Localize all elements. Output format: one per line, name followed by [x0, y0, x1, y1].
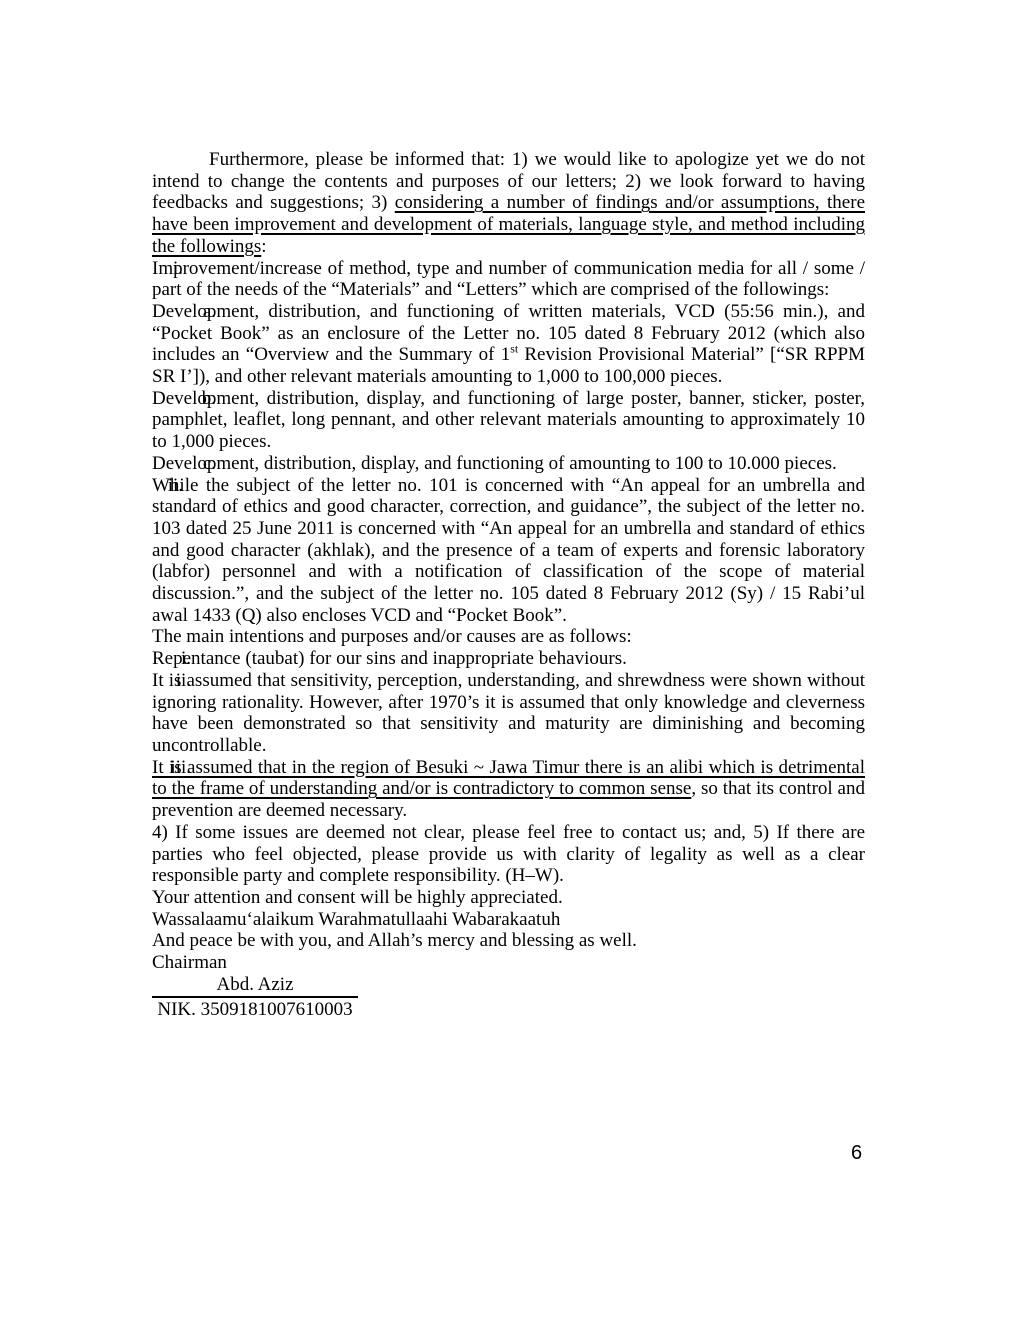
- intro-paragraph: Furthermore, please be informed that: 1)…: [152, 149, 865, 258]
- list-item-roman-ii-text: While the subject of the letter no. 101 …: [152, 475, 865, 626]
- letter-body: Furthermore, please be informed that: 1)…: [152, 149, 865, 1021]
- list-item-roman-ii: ii. While the subject of the letter no. …: [152, 475, 865, 627]
- list-marker-roman-i: i.: [152, 258, 183, 280]
- intention-item-ii-text: It is assumed that sensitivity, percepti…: [152, 670, 865, 756]
- intention-marker-i: i.: [157, 648, 191, 670]
- list-item-b: b. Development, distribution, display, a…: [152, 388, 865, 453]
- intentions-heading: The main intentions and purposes and/or …: [152, 626, 865, 648]
- closing-peace-text: And peace be with you, and Allah’s mercy…: [152, 930, 637, 951]
- intention-marker-iii: iii.: [157, 757, 191, 779]
- signature-title: Chairman: [152, 952, 227, 973]
- list-marker-c: c.: [196, 453, 216, 475]
- list-item-c-text: Development, distribution, display, and …: [152, 453, 837, 474]
- list-item-roman-i: i. Improvement/increase of method, type …: [152, 258, 865, 301]
- closing-salaam-text: Wassalaamu‘alaikum Warahmatullaahi Wabar…: [152, 909, 560, 930]
- list-marker-a: a.: [196, 301, 216, 323]
- list-item-b-text: Development, distribution, display, and …: [152, 388, 865, 452]
- closing-line-appreciation: Your attention and consent will be highl…: [152, 887, 865, 909]
- paragraph-points-4-5: 4) If some issues are deemed not clear, …: [152, 822, 865, 887]
- closing-appreciation-text: Your attention and consent will be highl…: [152, 887, 563, 908]
- list-marker-b: b.: [196, 388, 216, 410]
- closing-line-peace: And peace be with you, and Allah’s mercy…: [152, 930, 865, 952]
- ordinal-superscript: st: [510, 343, 518, 356]
- list-item-a: a. Development, distribution, and functi…: [152, 301, 865, 388]
- document-page: Furthermore, please be informed that: 1)…: [0, 0, 1020, 1320]
- page-number: 6: [851, 1142, 862, 1164]
- intention-item-iii: iii. It is assumed that in the region of…: [152, 757, 865, 822]
- intentions-heading-text: The main intentions and purposes and/or …: [152, 626, 632, 647]
- closing-line-salaam: Wassalaamu‘alaikum Warahmatullaahi Wabar…: [152, 909, 865, 931]
- list-item-roman-i-text: Improvement/increase of method, type and…: [152, 258, 865, 301]
- intention-item-i-text: Repentance (taubat) for our sins and ina…: [152, 648, 627, 669]
- intro-colon: :: [261, 236, 266, 257]
- signature-nik: NIK. 3509181007610003: [152, 998, 358, 1021]
- signature-block: Abd. Aziz NIK. 3509181007610003: [152, 974, 358, 1021]
- list-marker-roman-ii: ii.: [152, 475, 183, 497]
- list-item-c: c. Development, distribution, display, a…: [152, 453, 865, 475]
- signature-name: Abd. Aziz: [152, 974, 358, 999]
- intention-item-ii: ii. It is assumed that sensitivity, perc…: [152, 670, 865, 757]
- signature-title-row: Chairman: [152, 952, 865, 974]
- paragraph-points-4-5-text: 4) If some issues are deemed not clear, …: [152, 822, 865, 886]
- intention-item-i: i. Repentance (taubat) for our sins and …: [152, 648, 865, 670]
- intention-marker-ii: ii.: [157, 670, 191, 692]
